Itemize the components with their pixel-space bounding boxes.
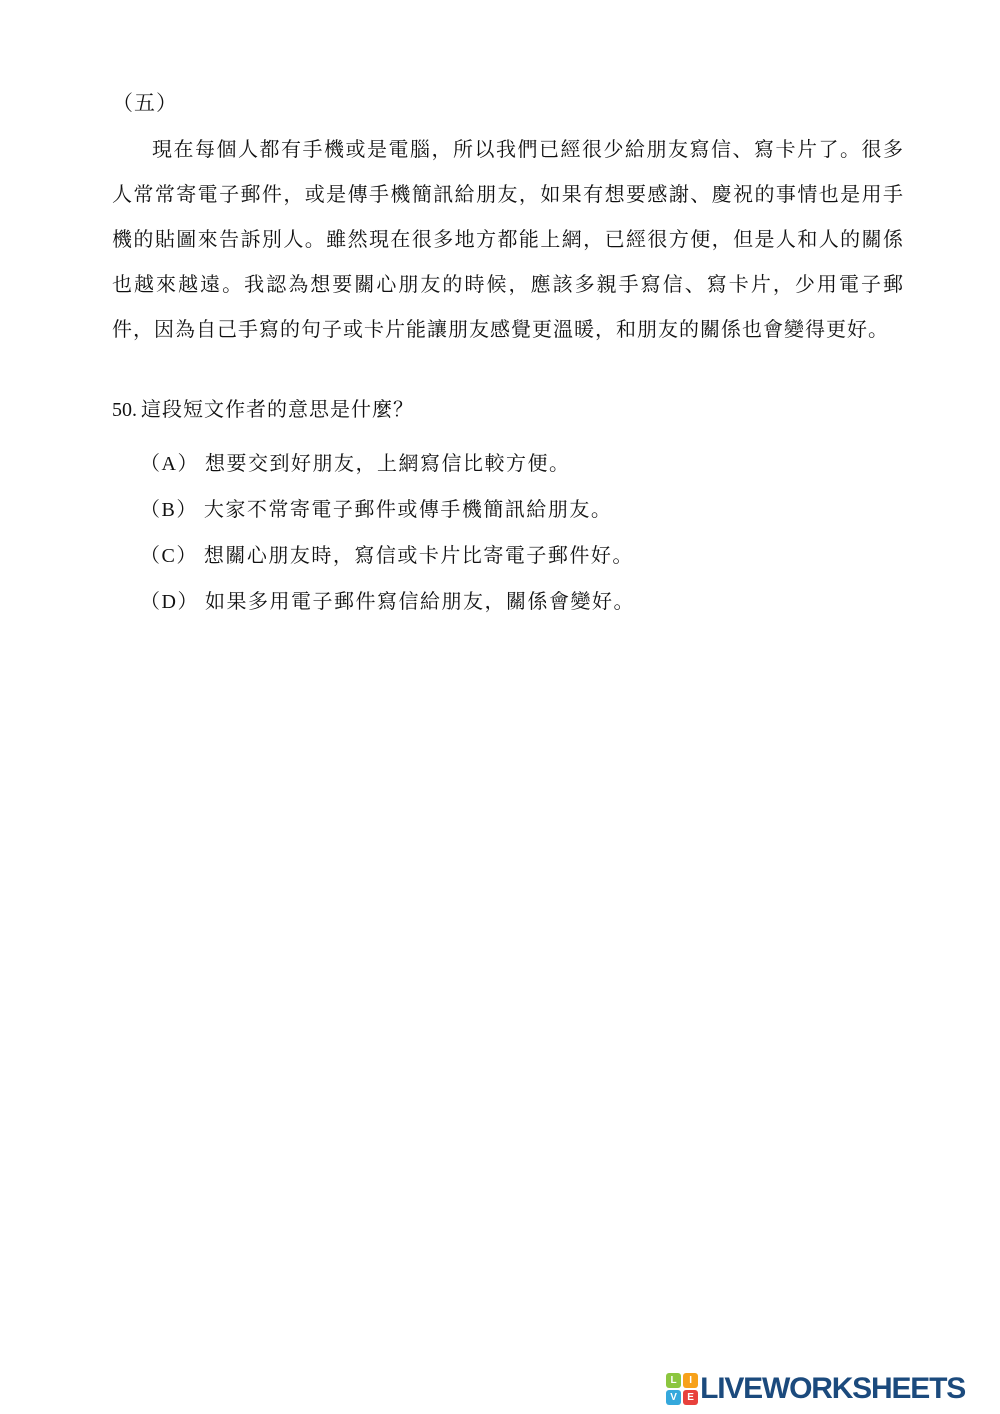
logo-square-i: I — [683, 1373, 698, 1388]
option-a[interactable]: （A）想要交到好朋友，上網寫信比較方便。 — [140, 441, 904, 487]
liveworksheets-logo-link[interactable]: L I V E LIVEWORKSHEETS — [666, 1372, 965, 1406]
worksheet-content: （五） 現在每個人都有手機或是電腦，所以我們已經很少給朋友寫信、寫卡片了。很多人… — [112, 88, 904, 625]
option-b-label: （B） — [140, 499, 198, 521]
option-d-label: （D） — [140, 591, 199, 613]
liveworksheets-icon: L I V E — [666, 1373, 698, 1405]
reading-passage: 現在每個人都有手機或是電腦，所以我們已經很少給朋友寫信、寫卡片了。很多人常常寄電… — [112, 128, 904, 353]
option-a-text: 想要交到好朋友，上網寫信比較方便。 — [205, 453, 571, 475]
question-text: 這段短文作者的意思是什麼？ — [141, 399, 414, 421]
option-b[interactable]: （B）大家不常寄電子郵件或傳手機簡訊給朋友。 — [140, 487, 904, 533]
option-d-text: 如果多用電子郵件寫信給朋友，關係會變好。 — [205, 591, 635, 613]
logo-square-l: L — [666, 1373, 681, 1388]
option-c[interactable]: （C）想關心朋友時，寫信或卡片比寄電子郵件好。 — [140, 533, 904, 579]
question: 50.這段短文作者的意思是什麼？ — [112, 395, 904, 425]
logo-square-e: E — [683, 1390, 698, 1405]
logo-square-v: V — [666, 1390, 681, 1405]
answer-options: （A）想要交到好朋友，上網寫信比較方便。 （B）大家不常寄電子郵件或傳手機簡訊給… — [112, 441, 904, 625]
section-label: （五） — [112, 88, 904, 118]
option-c-label: （C） — [140, 545, 198, 567]
option-a-label: （A） — [140, 453, 199, 475]
brand-name: LIVEWORKSHEETS — [700, 1372, 965, 1406]
option-d[interactable]: （D）如果多用電子郵件寫信給朋友，關係會變好。 — [140, 579, 904, 625]
question-number: 50. — [112, 399, 137, 421]
option-c-text: 想關心朋友時，寫信或卡片比寄電子郵件好。 — [204, 545, 634, 567]
option-b-text: 大家不常寄電子郵件或傳手機簡訊給朋友。 — [204, 499, 613, 521]
